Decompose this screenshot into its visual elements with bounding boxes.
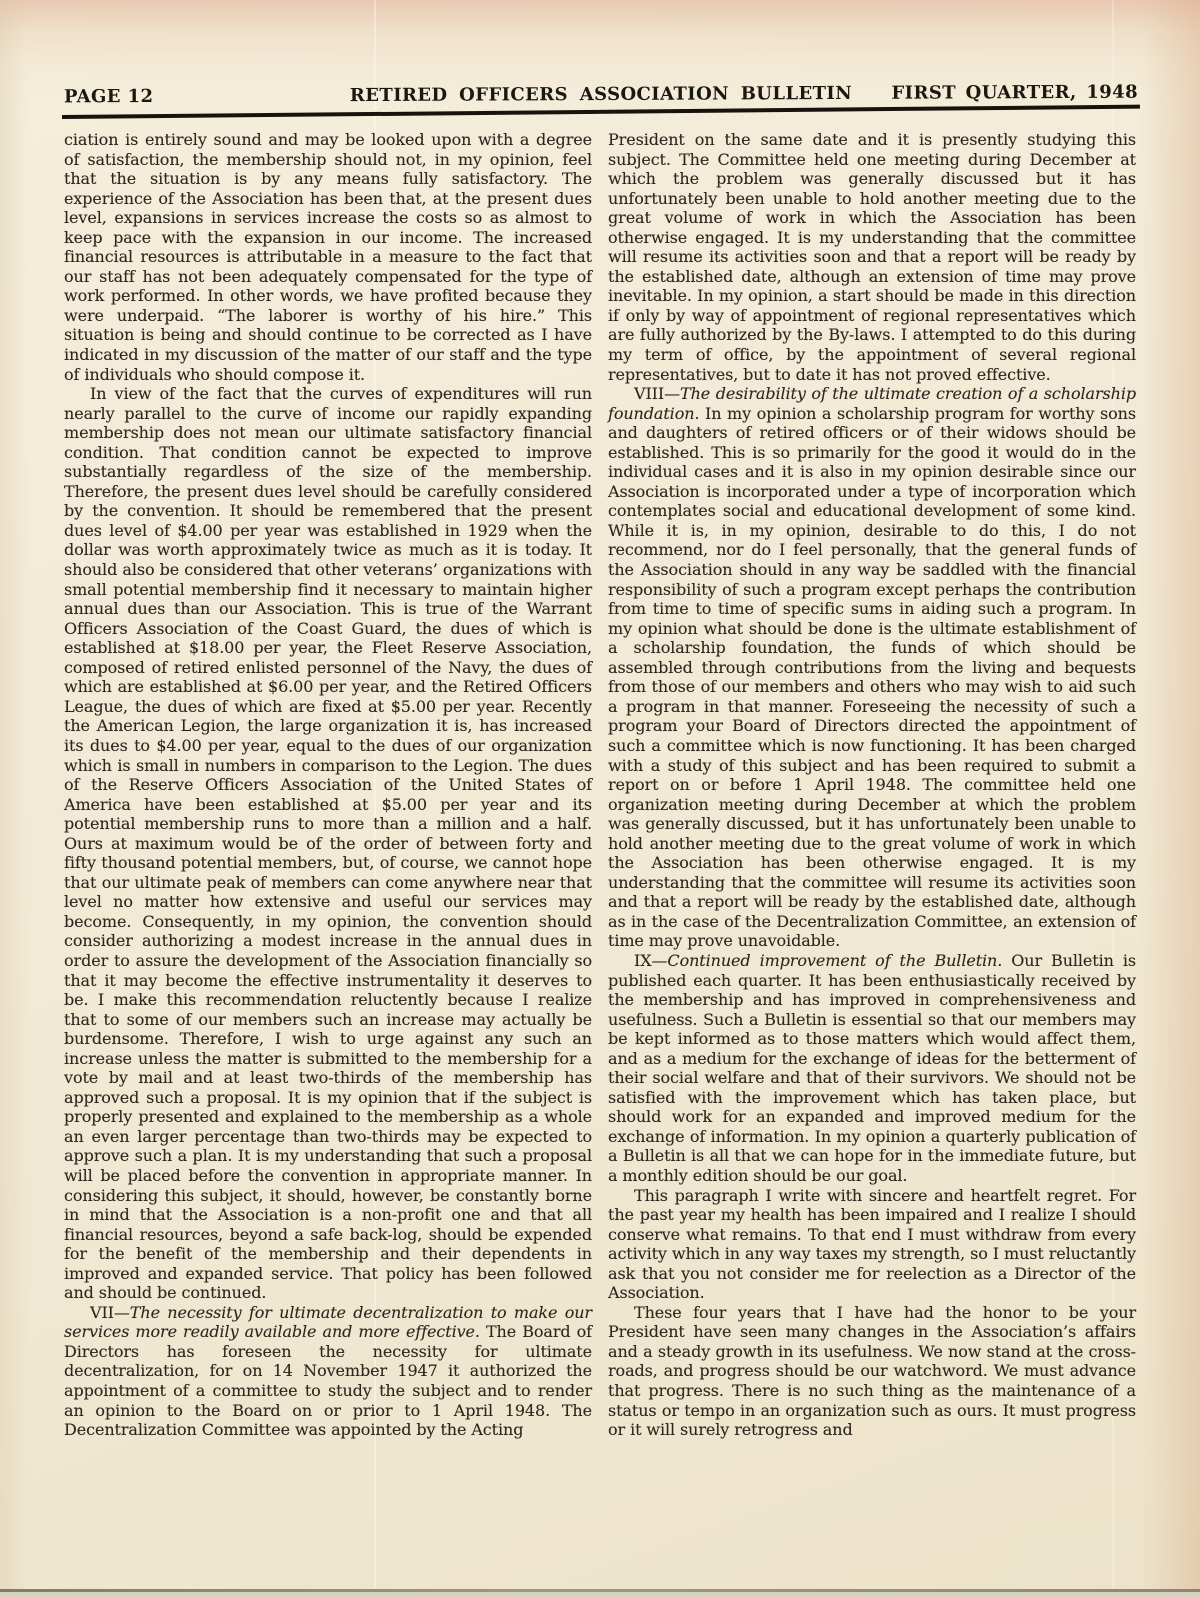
- paragraph-text: ciation is entirely sound and may be loo…: [64, 130, 592, 384]
- bulletin-title: RETIRED OFFICERS ASSOCIATION BULLETIN: [324, 83, 878, 106]
- issue-date: FIRST QUARTER, 1948: [878, 82, 1138, 104]
- page-number: PAGE 12: [64, 85, 324, 107]
- section-title-italic: Continued improvement of the Bulletin.: [667, 951, 1002, 970]
- paragraph-dues-discussion: In view of the fact that the curves of e…: [64, 384, 592, 1303]
- paragraph-section-viii-scholarship: VIII—The desirability of the ultimate cr…: [608, 384, 1136, 951]
- paragraph-text: This paragraph I write with sincere and …: [608, 1186, 1136, 1303]
- paragraph-text: President on the same date and it is pre…: [608, 130, 1136, 384]
- section-numeral: VIII—: [634, 384, 680, 403]
- paragraph-four-years-president: These four years that I have had the hon…: [608, 1303, 1136, 1440]
- page-header: PAGE 12 RETIRED OFFICERS ASSOCIATION BUL…: [64, 82, 1138, 108]
- paragraph-text: These four years that I have had the hon…: [608, 1303, 1136, 1439]
- paragraph-text: In view of the fact that the curves of e…: [64, 384, 592, 1302]
- bulletin-scanned-page: PAGE 12 RETIRED OFFICERS ASSOCIATION BUL…: [0, 0, 1200, 1597]
- left-column: ciation is entirely sound and may be loo…: [64, 130, 592, 1440]
- scan-right-tint: [1140, 0, 1200, 1597]
- paragraph-section-vii-decentralization: VII—The necessity for ultimate decentral…: [64, 1303, 592, 1440]
- scan-left-tint: [0, 0, 28, 1597]
- paragraph-health-regret: This paragraph I write with sincere and …: [608, 1186, 1136, 1303]
- paragraph-text: In my opinion a scholarship program for …: [608, 404, 1136, 951]
- two-column-body: ciation is entirely sound and may be loo…: [64, 130, 1136, 1440]
- scan-bottom-strip: [0, 1592, 1200, 1597]
- header-rule: [62, 105, 1140, 119]
- paragraph-text: Our Bulletin is published each quarter. …: [608, 951, 1136, 1185]
- paragraph-section-ix-bulletin: IX—Continued improvement of the Bulletin…: [608, 951, 1136, 1186]
- paragraph-continuation-president-committee: President on the same date and it is pre…: [608, 130, 1136, 384]
- right-column: President on the same date and it is pre…: [608, 130, 1136, 1440]
- section-numeral: IX—: [634, 951, 667, 970]
- paragraph-continuation-association-sound: ciation is entirely sound and may be loo…: [64, 130, 592, 384]
- section-numeral: VII—: [90, 1303, 130, 1322]
